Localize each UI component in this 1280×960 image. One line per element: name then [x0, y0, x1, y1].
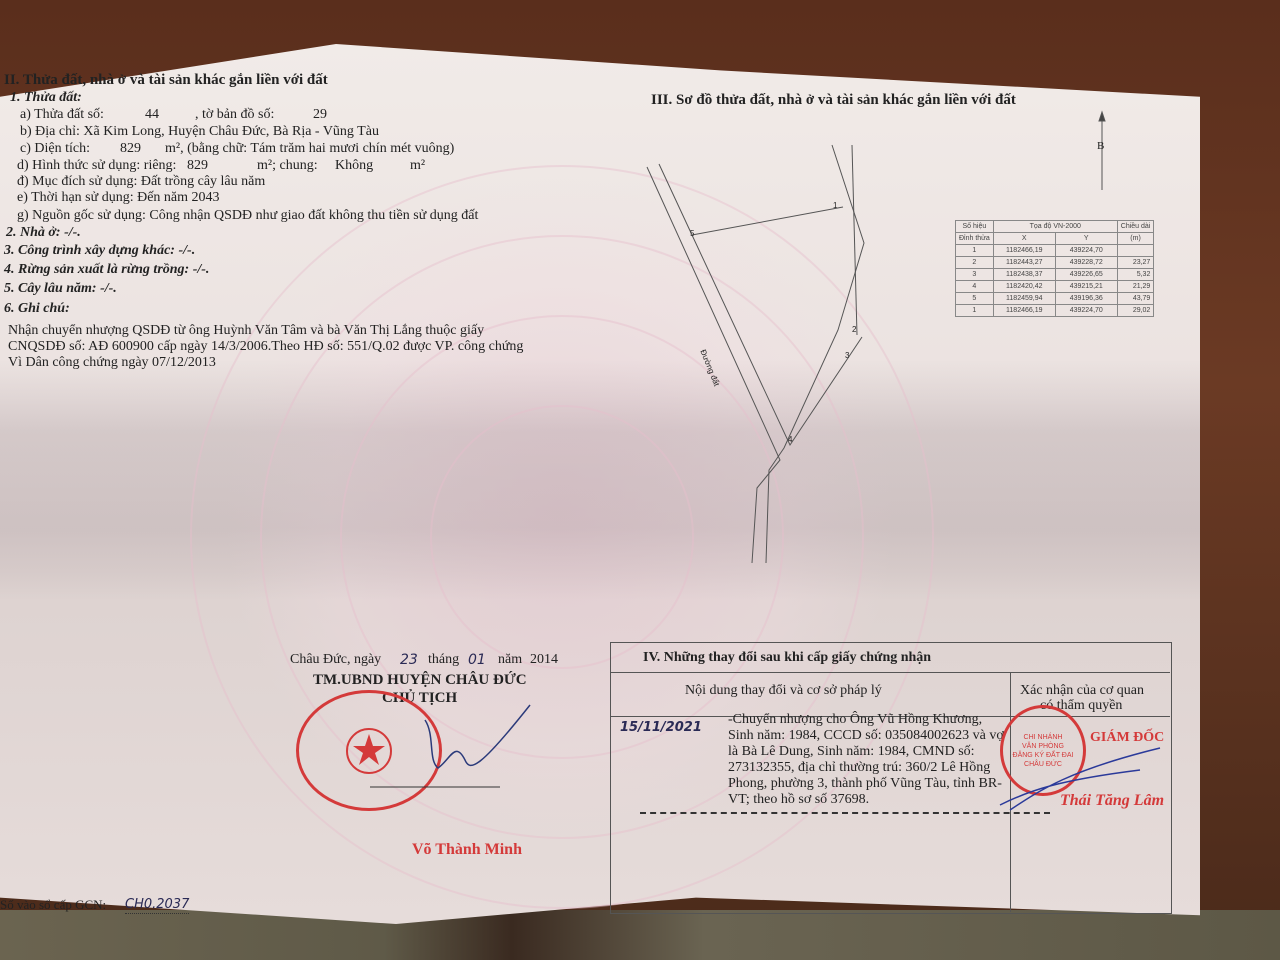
director-name: Thái Tăng Lâm [1060, 793, 1164, 809]
director-signature [0, 0, 1280, 960]
